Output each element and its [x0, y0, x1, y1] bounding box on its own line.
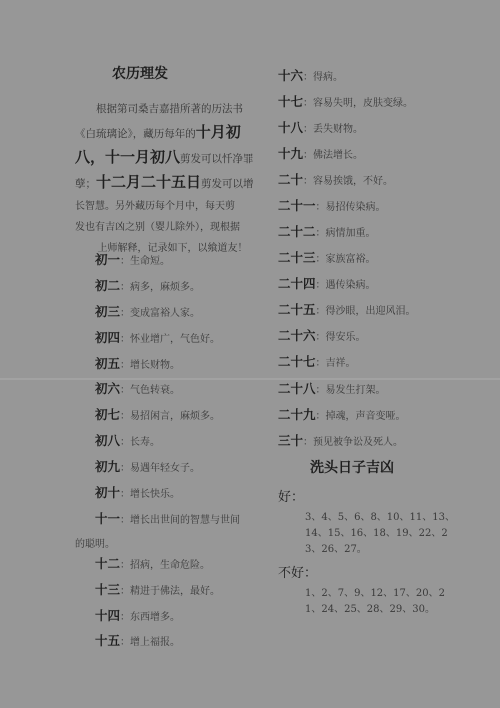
document-title: 农历理发 — [60, 63, 220, 83]
bad-days-list: 1、2、7、9、12、17、20、21、24、25、28、29、30。 — [305, 586, 455, 618]
day-entry: 二十：容易挨饿，不好。 — [278, 170, 393, 188]
day-entry: 初四：怀业增广，气色好。 — [95, 328, 220, 346]
wash-section-title: 洗头日子吉凶 — [310, 457, 394, 477]
day-meaning: 易遇年轻女子。 — [130, 463, 200, 474]
separator: ： — [120, 489, 130, 500]
day-meaning: 得安乐。 — [326, 332, 366, 343]
intro-line-5: 长智慧。另外藏历每个月中，每天剪 — [75, 196, 270, 217]
separator: ： — [316, 306, 326, 317]
separator: ： — [120, 463, 130, 474]
day-meaning: 增长财物。 — [130, 360, 180, 371]
separator: ： — [120, 612, 130, 623]
day-label: 初二 — [95, 278, 120, 293]
separator: ： — [120, 437, 130, 448]
intro-paragraph: 根据第司桑吉嘉措所著的历法书 《白琉璃论》，藏历每年的十月初 八，十一月初八剪发… — [75, 98, 270, 259]
intro-line-6: 发也有吉凶之别（婴儿除外），现根据 — [75, 217, 270, 238]
day-label: 十六 — [278, 68, 303, 83]
day-meaning: 生命短。 — [130, 256, 170, 267]
separator: ： — [316, 280, 326, 291]
intro-line-2: 《白琉璃论》，藏历每年的十月初 — [75, 121, 270, 146]
separator: ： — [303, 150, 313, 161]
day-entry: 二十八：易发生打架。 — [278, 379, 386, 397]
separator: ： — [120, 360, 130, 371]
day-entry: 十七：容易失明，皮肤变绿。 — [278, 92, 413, 110]
day-label: 十三 — [95, 582, 120, 597]
day-entry: 十一：增长出世间的智慧与世间 — [95, 509, 240, 527]
day-entry: 十五：增上福报。 — [95, 631, 180, 649]
separator: ： — [120, 586, 130, 597]
day-label: 初九 — [95, 459, 120, 474]
day-meaning: 容易挨饿，不好。 — [313, 176, 393, 187]
day-label: 十一 — [95, 511, 120, 526]
intro-line-1: 根据第司桑吉嘉措所著的历法书 — [75, 98, 270, 121]
separator: ： — [120, 256, 130, 267]
day-entry: 二十四：遇传染病。 — [278, 274, 376, 292]
day-label: 十五 — [95, 633, 120, 648]
day-label: 二十二 — [278, 224, 316, 239]
day-label: 初八 — [95, 433, 120, 448]
intro-highlight-date: 十二月二十五日 — [96, 173, 201, 191]
day-meaning: 病情加重。 — [326, 228, 376, 239]
separator: ： — [120, 515, 130, 526]
day-meaning: 预见被争讼及死人。 — [313, 437, 403, 448]
day-meaning: 长寿。 — [130, 437, 160, 448]
day-meaning: 怀业增广，气色好。 — [130, 334, 220, 345]
day-entry-continuation: 的聪明。 — [75, 535, 115, 550]
day-entry: 初五：增长财物。 — [95, 354, 180, 372]
good-days-label: 好： — [278, 486, 304, 505]
day-entry: 初九：易遇年轻女子。 — [95, 457, 200, 475]
day-meaning: 精进于佛法，最好。 — [130, 586, 220, 597]
day-label: 二十六 — [278, 328, 316, 343]
day-entry: 二十三：家族富裕。 — [278, 248, 376, 266]
day-label: 十四 — [95, 608, 120, 623]
intro-line-3: 八，十一月初八剪发可以忏净罪 — [75, 146, 270, 171]
day-label: 二十八 — [278, 381, 316, 396]
day-entry: 十八：丢失财物。 — [278, 118, 363, 136]
separator: ： — [316, 358, 326, 369]
day-entry: 三十：预见被争讼及死人。 — [278, 431, 403, 449]
day-label: 初六 — [95, 381, 120, 396]
day-label: 初七 — [95, 407, 120, 422]
separator: ： — [120, 637, 130, 648]
bad-days-label: 不好： — [278, 562, 317, 581]
day-meaning: 招病，生命危险。 — [130, 560, 210, 571]
day-entry: 十二：招病，生命危险。 — [95, 554, 210, 572]
day-meaning: 气色转衰。 — [130, 385, 180, 396]
separator: ： — [120, 282, 130, 293]
separator: ： — [316, 254, 326, 265]
day-entry: 初一：生命短。 — [95, 250, 170, 268]
day-meaning: 遇传染病。 — [326, 280, 376, 291]
day-entry: 十四：东西增多。 — [95, 606, 180, 624]
separator: ： — [120, 308, 130, 319]
day-entry: 初二：病多，麻烦多。 — [95, 276, 200, 294]
day-meaning: 掉魂，声音变哑。 — [326, 411, 406, 422]
day-label: 二十七 — [278, 354, 316, 369]
day-label: 十九 — [278, 146, 303, 161]
day-entry: 二十五：得沙眼，出迎风泪。 — [278, 300, 416, 318]
day-entry: 二十一：易招传染病。 — [278, 196, 386, 214]
day-label: 十二 — [95, 556, 120, 571]
day-meaning: 增长出世间的智慧与世间 — [130, 515, 240, 526]
separator: ： — [316, 228, 326, 239]
day-label: 二十四 — [278, 276, 316, 291]
day-label: 二十九 — [278, 407, 316, 422]
day-label: 三十 — [278, 433, 303, 448]
separator: ： — [303, 98, 313, 109]
day-meaning: 增长快乐。 — [130, 489, 180, 500]
day-label: 初十 — [95, 485, 120, 500]
day-entry: 十六：得病。 — [278, 66, 343, 84]
day-label: 十八 — [278, 120, 303, 135]
day-meaning: 病多，麻烦多。 — [130, 282, 200, 293]
good-days-list: 3、4、5、6、8、10、11、13、14、15、16、18、19、22、23、… — [305, 510, 455, 558]
day-label: 初三 — [95, 304, 120, 319]
separator: ： — [316, 385, 326, 396]
day-entry: 初七：易招闲言，麻烦多。 — [95, 405, 220, 423]
day-meaning: 易招闲言，麻烦多。 — [130, 411, 220, 422]
day-entry: 二十九：掉魂，声音变哑。 — [278, 405, 406, 423]
page-fold-line — [0, 378, 500, 380]
day-meaning: 增上福报。 — [130, 637, 180, 648]
day-meaning: 易发生打架。 — [326, 385, 386, 396]
separator: ： — [303, 124, 313, 135]
day-meaning: 得沙眼，出迎风泪。 — [326, 306, 416, 317]
day-label: 初五 — [95, 356, 120, 371]
separator: ： — [316, 332, 326, 343]
day-entry: 初十：增长快乐。 — [95, 483, 180, 501]
separator: ： — [120, 411, 130, 422]
day-meaning: 家族富裕。 — [326, 254, 376, 265]
day-entry: 十九：佛法增长。 — [278, 144, 363, 162]
separator: ： — [316, 202, 326, 213]
day-label: 二十五 — [278, 302, 316, 317]
day-label: 二十 — [278, 172, 303, 187]
intro-text: 剪发可以忏净罪 — [180, 153, 254, 165]
day-entry: 初八：长寿。 — [95, 431, 160, 449]
intro-highlight-date: 八，十一月初八 — [75, 148, 180, 166]
intro-line-4: 孽；十二月二十五日剪发可以增 — [75, 171, 270, 196]
separator: ： — [303, 176, 313, 187]
intro-text: 剪发可以增 — [201, 178, 254, 190]
separator: ： — [120, 385, 130, 396]
day-meaning: 容易失明，皮肤变绿。 — [313, 98, 413, 109]
day-label: 二十一 — [278, 198, 316, 213]
day-meaning: 东西增多。 — [130, 612, 180, 623]
day-label: 初一 — [95, 252, 120, 267]
separator: ： — [120, 334, 130, 345]
separator: ： — [316, 411, 326, 422]
day-meaning: 佛法增长。 — [313, 150, 363, 161]
day-meaning: 变成富裕人家。 — [130, 308, 200, 319]
day-entry: 初六：气色转衰。 — [95, 379, 180, 397]
day-meaning: 易招传染病。 — [326, 202, 386, 213]
intro-text: 孽； — [75, 178, 96, 190]
intro-text: 《白琉璃论》，藏历每年的 — [75, 128, 196, 140]
separator: ： — [120, 560, 130, 571]
day-meaning: 吉祥。 — [326, 358, 356, 369]
day-entry: 二十二：病情加重。 — [278, 222, 376, 240]
day-entry: 十三：精进于佛法，最好。 — [95, 580, 220, 598]
day-entry: 二十七：吉祥。 — [278, 352, 356, 370]
day-entry: 二十六：得安乐。 — [278, 326, 366, 344]
day-label: 初四 — [95, 330, 120, 345]
day-label: 十七 — [278, 94, 303, 109]
day-meaning: 丢失财物。 — [313, 124, 363, 135]
day-meaning: 得病。 — [313, 72, 343, 83]
day-label: 二十三 — [278, 250, 316, 265]
intro-highlight-date: 十月初 — [196, 123, 241, 141]
separator: ： — [303, 72, 313, 83]
separator: ： — [303, 437, 313, 448]
day-entry: 初三：变成富裕人家。 — [95, 302, 200, 320]
